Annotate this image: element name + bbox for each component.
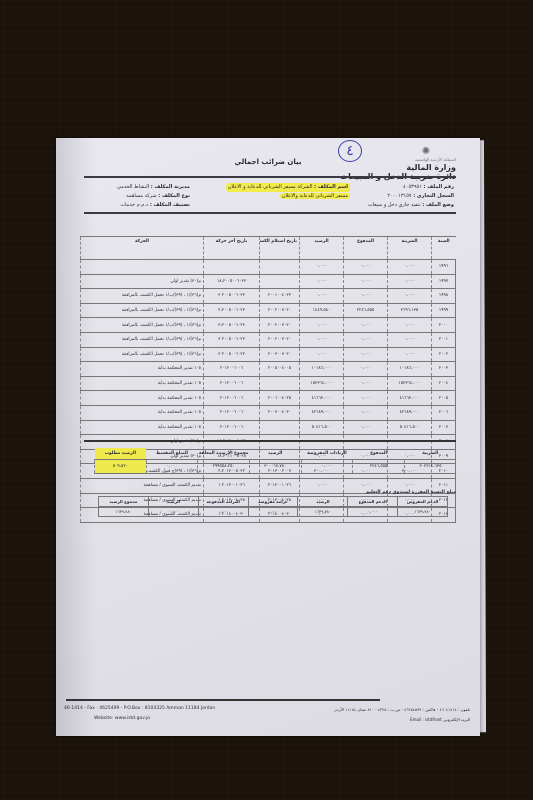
column-header: المدفوع — [344, 237, 388, 260]
table-row: ٢٠٠٥٤١٦٦٣،٠٠٠٠،٠٠٠٤١٦٦٣،٠٠٠٢٠٠٦٠٠٤٠٢٥٢٠١… — [81, 391, 456, 406]
fund-header: الدعم المدفوع — [348, 497, 398, 507]
paid-cell: ٠،٠٠٠ — [344, 318, 388, 333]
column-header: السنة — [432, 237, 456, 260]
balance-cell: ٠،٠٠٠ — [300, 347, 344, 362]
balance-cell: ٠،٠٠٠ — [300, 478, 344, 493]
last-movement-date-cell: ١٨،٢٠٠٥٠٠٦٠٢٣ — [204, 274, 260, 289]
tax-statement-page: ✺ المملكة الأردنية الهاشمية وزارة المالي… — [56, 138, 480, 736]
taxpayer-ids: رقم الملف : ٤٠٥٣٩٥١ السجل التجاري : ٢٠٠٠… — [368, 183, 454, 210]
info-divider — [84, 212, 456, 214]
footer-english: 46-1414 - Fax : 4625499 - P.O.Box : 8104… — [64, 704, 215, 724]
table-row: ٢٠٠٦٤٢٦٨٩،٠٠٠٠،٠٠٠٤٢٦٨٩،٠٠٠٢٠٠٧٠٠٤٠٣٠٢٠١… — [81, 405, 456, 420]
paid-cell: ٠،٠٠٠ — [344, 332, 388, 347]
header-divider — [84, 176, 456, 178]
last-movement-date-cell: ٢،٢٠٠٥٠٠٦٠٢٣ — [204, 303, 260, 318]
year-cell: ٢٠٠٧ — [432, 420, 456, 435]
last-movement-date-cell: ٢٠١٢٠٠١٠٢٦ ١ — [204, 478, 260, 493]
balance-cell: ٠،٠٠٠ — [300, 289, 344, 304]
year-cell: ٢٠٠٣ — [432, 362, 456, 377]
last-movement-date-cell: ٢٠٠٥٠٠٦٠٢٣ ٣ — [204, 332, 260, 347]
year-cell: ١٩٩٧ — [432, 274, 456, 289]
paid-cell: ٠،٠٠٠ — [344, 347, 388, 362]
received-date-cell — [260, 274, 300, 289]
movement-cell: ١٠٥ تقدير المحكمة بداية — [81, 405, 204, 420]
last-movement-date-cell: ٢٠١٢٠٠٦٠٠٦ — [204, 405, 260, 420]
tax-cell: ١٠١٨٦،٠٠٠ — [388, 362, 432, 377]
paid-cell: ٢٢٤٦،٥٥٥ — [344, 303, 388, 318]
movement-cell: ١٠٥ تقدير المحكمة بداية — [81, 362, 204, 377]
education-fund-title: مبلغ النسبة المقررة لصندوق دعم التعليم — [366, 490, 456, 495]
last-movement-date-cell: ٢٠١٢٠٠٦٠٠٦ — [204, 362, 260, 377]
file-type-label: نوع المكلف : — [158, 193, 190, 199]
commercial-reg-label: السجل التجاري : — [413, 193, 454, 199]
summary-header: المدفوع — [353, 448, 405, 460]
table-row: ١٩٩٦٠،٠٠٠٠،٠٠٠٠،٠٠٠ — [81, 260, 456, 275]
table-row: ٢٠٠٧٥٠٤١٦،٥٠٠٠،٠٠٠٥٠٤١٦،٥٠٠٢٠١٢٠٠٦٠٠٦١٠٥… — [81, 420, 456, 435]
movement-cell: م(٣٠) تقدير اولي — [81, 274, 204, 289]
balance-due-value: ٥٠٩،٥٣٠ — [95, 460, 147, 474]
table-row: ٢٠٠١٠،٠٠٠٠،٠٠٠٠،٠٠٠٢٠٠٢٠٠٧٠٢٠٢٠٠٥٠٠٦٠٢٣ … — [81, 332, 456, 347]
tax-cell: ٠،٠٠٠ — [388, 347, 432, 362]
taxpayer-name: الشركة مسفر الشرباتي للدعاية و الاعلان — [228, 184, 313, 190]
summary-value: ٢٩٩٥٥٨،٢٥٠ — [198, 460, 250, 474]
fund-header: الدعم المفروض — [398, 497, 448, 507]
tax-years-table: السنةالضريبةالمدفوعالرصيدتاريخ استلام ال… — [80, 236, 456, 523]
tax-cell: ٠،٠٠٠ — [388, 274, 432, 289]
column-header: الرصيد — [300, 237, 344, 260]
trade-name: مسفر الشرباتي للدعاية والاعلان — [280, 193, 350, 199]
movement-cell: م(٣٦)/١ ، (٣٩)/ب/١ تحمل الكشف بالمرافقة — [81, 332, 204, 347]
summary-value: ٢٢٤٦،٥٥٥ — [353, 460, 405, 474]
balance-cell: ٠،٠٠٠ — [300, 318, 344, 333]
column-header: تاريخ استلام الكشف — [260, 237, 300, 260]
tax-cell: ٣٦٩٦،١٣٥ — [388, 303, 432, 318]
tax-cell: ٥٠٤١٦،٥٠٠ — [388, 420, 432, 435]
file-status: تنفيذ جاري دخل و مبيعات — [368, 202, 421, 208]
paid-cell: ٠،٠٠٠ — [344, 274, 388, 289]
footer-arabic: تلفون : ٤٦٠٤١٤١٤ - فاكس : ٤٦٢٥٤٥٩٩ - ص.ب… — [334, 705, 470, 725]
table-row: ٢٠٠٠٠،٠٠٠٠،٠٠٠٠،٠٠٠٢٠٠٢٠٠٧٠٢٠٣،٢٠٠٥٠٠٦٠٢… — [81, 318, 456, 333]
tax-cell: ٠،٠٠٠ — [388, 260, 432, 275]
last-movement-date-cell: ٢٠١٢٠٠٦٠٠٦ — [204, 376, 260, 391]
column-header: الضريبة — [388, 237, 432, 260]
table-row: ١٩٩٨٠،٠٠٠٠،٠٠٠٠،٠٠٠٢٠٠١٠٠٤٠٢٣٢٠٠٥٠٠٦٠٢٣ … — [81, 289, 456, 304]
balance-cell: ٤٢٦٨٩،٠٠٠ — [300, 405, 344, 420]
fund-value: ٠،٠٠٠ — [148, 507, 198, 517]
tax-cell: ٠،٠٠٠ — [388, 318, 432, 333]
received-date-cell: ٢٠٠٢٠٠٧٠٢٠ — [260, 303, 300, 318]
tax-cell: ٠،٠٠٠ — [388, 332, 432, 347]
footer-website: Website: www.istd.gov.jo — [94, 714, 215, 724]
summary-header: الرصيد مطلوب — [95, 448, 147, 460]
directorate: النشاط الخدمي — [117, 184, 149, 190]
file-number: ٤٠٥٣٩٥١ — [403, 184, 422, 190]
summary-header: الضريبة — [404, 448, 456, 460]
year-cell: ٢٠٠٢ — [432, 347, 456, 362]
tax-cell: ٠،٠٠٠ — [388, 289, 432, 304]
file-number-label: رقم الملف : — [424, 184, 455, 190]
balance-cell: ٠،٠٠٠ — [300, 274, 344, 289]
received-date-cell: ٢٠٠٣٠٠٧٠٢٠ — [260, 347, 300, 362]
movement-cell: م(٣٦)/١ ، (٣٩)/ب/١ تحمل الكشف بالمرافقة — [81, 318, 204, 333]
movement-cell: م(٣٦)/١ ، (٣٩)/ب/١ تحمل الكشف بالمرافقة — [81, 303, 204, 318]
table-row: ١٩٩٩٣٦٩٦،١٣٥٢٢٤٦،٥٥٥١٤٤٩،٥٨٠٢٠٠٢٠٠٧٠٢٠٢،… — [81, 303, 456, 318]
summary-value: ٣٠٢٣١٤،٦٣٥ — [404, 460, 456, 474]
balance-cell: ١٤٤٩،٥٨٠ — [300, 303, 344, 318]
summary-header: المبلغ المقسط — [146, 448, 198, 460]
movement-cell: ١٠٥ تقدير المحكمة بداية — [81, 420, 204, 435]
received-date-cell — [260, 260, 300, 275]
fund-value: ١٦٣٩،٧٨٠ — [99, 507, 149, 517]
table-row: ١٩٩٧٠،٠٠٠٠،٠٠٠٠،٠٠٠١٨،٢٠٠٥٠٠٦٠٢٣م(٣٠) تق… — [81, 274, 456, 289]
file-status-label: وضع الملف : — [422, 202, 454, 208]
table-row: ٢٠٠٣١٠١٨٦،٠٠٠٠،٠٠٠١٠١٨٦،٠٠٠٢٠٠٥٠٠٤٠٠٥٢٠١… — [81, 362, 456, 377]
paid-cell: ٠،٠٠٠ — [344, 391, 388, 406]
fund-header: غرامة مفروضة — [248, 497, 298, 507]
summary-header: الرصيد — [249, 448, 301, 460]
fund-value: ٠،٠٠٠ — [198, 507, 248, 517]
received-date-cell: ٢٠٠٧٠٠٤٠٣٠ — [260, 405, 300, 420]
received-date-cell — [260, 376, 300, 391]
fund-value: ٠،٠٠٠ — [348, 507, 398, 517]
fund-value: ١٦٣٩،٧٨٠ — [298, 507, 348, 517]
fund-value: ٠،٠٠٠ — [248, 507, 298, 517]
summary-value: ٣٠٠٠٦٧،٧٨٠ — [249, 460, 301, 474]
fund-header: الغرامة المدفوعة — [198, 497, 248, 507]
last-movement-date-cell: ٢٠٠٥٠٠٦٠٢٣ ٣ — [204, 289, 260, 304]
received-date-cell: ٢٠٠٢٠٠٧٠٢٠ — [260, 332, 300, 347]
column-header: الحركة — [81, 237, 204, 260]
taxpayer-classification: مديرية المكلف : النشاط الخدمي نوع المكلف… — [117, 183, 190, 210]
footer-contact-ar: تلفون : ٤٦٠٤١٤١٤ - فاكس : ٤٦٢٥٤٥٩٩ - ص.ب… — [334, 705, 470, 715]
summary-value: ٠،٠٠٠ — [301, 460, 353, 474]
movement-cell: ١٠٥ تقدير المحكمة بداية — [81, 376, 204, 391]
fund-header: الرصيد — [148, 497, 198, 507]
year-cell: ٢٠٠٠ — [432, 318, 456, 333]
paid-cell: ٠،٠٠٠ — [344, 405, 388, 420]
classification: ذ.م.م خدمات — [120, 202, 148, 208]
last-movement-date-cell: ٢٠١٢٠٠٦٠٠٦ — [204, 391, 260, 406]
file-type: شركة مساهمة — [126, 193, 156, 199]
footer-divider — [66, 699, 380, 701]
footer-email: البريد الإلكتروني Email : istdfront — [334, 715, 470, 725]
last-movement-date-cell: ٢٠١٢٠٠٦٠٠٦ — [204, 420, 260, 435]
tax-cell: ٤١٦٦٣،٠٠٠ — [388, 391, 432, 406]
last-movement-date-cell: ٢٠٠٥٠٠٦٠٢٣ ٣ — [204, 347, 260, 362]
education-fund-table: الدعم المفروضالدعم المدفوعالرصيدغرامة مف… — [98, 496, 448, 517]
movement-cell — [81, 260, 204, 275]
classification-label: تصنيف المكلف : — [150, 202, 190, 208]
taxpayer-name-block: اسم المكلف : الشركة مسفر الشرباتي للدعاي… — [226, 183, 350, 201]
year-cell: ٢٠٠٤ — [432, 376, 456, 391]
balance-cell: ٥٠٤١٦،٥٠٠ — [300, 420, 344, 435]
fund-header: مجموع الرصيد — [99, 497, 149, 507]
received-date-cell: ٢٠٠٢٠٠٧٠٢٠ — [260, 318, 300, 333]
balance-cell: ٠،٠٠٠ — [300, 260, 344, 275]
received-date-cell: ٢٠١٢٠٠١٠٢٦ — [260, 478, 300, 493]
last-movement-date-cell — [204, 260, 260, 275]
received-date-cell: ٢٠٠٦٠٠٤٠٢٥ — [260, 391, 300, 406]
last-movement-date-cell: ٣،٢٠٠٥٠٠٦٠٢٣ — [204, 318, 260, 333]
table-row: ٢٠٠٢٠،٠٠٠٠،٠٠٠٠،٠٠٠٢٠٠٣٠٠٧٠٢٠٢٠٠٥٠٠٦٠٢٣ … — [81, 347, 456, 362]
year-cell: ٢٠٠١ — [432, 332, 456, 347]
table-row: ٢٠٠٤١٥٣٣٦٤،٠٠٠٠،٠٠٠١٥٣٣٦٤،٠٠٠٢٠١٢٠٠٦٠٠٦١… — [81, 376, 456, 391]
movement-cell: تقديم الكشف السنوي / مساهمة — [81, 478, 204, 493]
name-label: اسم المكلف : — [314, 184, 348, 190]
summary-table: الضريبةالمدفوعالزيادات المفروضةالرصيدمجم… — [94, 448, 456, 474]
paid-cell: ٠،٠٠٠ — [344, 420, 388, 435]
tax-cell: ٤٢٦٨٩،٠٠٠ — [388, 405, 432, 420]
summary-header: مجموع الارصدة المعلقة — [198, 448, 250, 460]
received-date-cell: ٢٠٠٥٠٠٤٠٠٥ — [260, 362, 300, 377]
directorate-label: مديرية المكلف : — [151, 184, 190, 190]
paid-cell: ٠،٠٠٠ — [344, 260, 388, 275]
commercial-reg: ٢٠٠٠١٣١٥٧ — [387, 193, 411, 199]
emblem-icon: ✺ — [396, 146, 456, 157]
page-title: بيان ضرائب اجمالي — [56, 158, 480, 166]
year-cell: ١٩٩٨ — [432, 289, 456, 304]
summary-header: الزيادات المفروضة — [301, 448, 353, 460]
fund-value: ١٦٣٩،٧٨٠ — [398, 507, 448, 517]
paid-cell: ٠،٠٠٠ — [344, 376, 388, 391]
table-bottom-rule — [84, 440, 456, 442]
summary-value: ٠،٠٠٠ — [146, 460, 198, 474]
received-date-cell: ٢٠٠١٠٠٤٠٢٣ — [260, 289, 300, 304]
year-cell: ١٩٩٩ — [432, 303, 456, 318]
footer-contact-en: 46-1414 - Fax : 4625499 - P.O.Box : 8104… — [64, 706, 215, 711]
fund-header: الرصيد — [298, 497, 348, 507]
received-date-cell — [260, 420, 300, 435]
column-header: تاريخ آخر حركة — [204, 237, 260, 260]
balance-cell: ١٥٣٣٦٤،٠٠٠ — [300, 376, 344, 391]
movement-cell: ١٠٥ تقدير المحكمة بداية — [81, 391, 204, 406]
movement-cell: م(٣٦)/١ ، (٣٩)/ب/١ تحمل الكشف بالمرافقة — [81, 347, 204, 362]
year-cell: ١٩٩٦ — [432, 260, 456, 275]
balance-cell: ١٠١٨٦،٠٠٠ — [300, 362, 344, 377]
movement-cell: م(٣٦)/١ ، (٣٩)/ب/١ تحمل الكشف بالمرافقة — [81, 289, 204, 304]
paid-cell: ٠،٠٠٠ — [344, 362, 388, 377]
year-cell: ٢٠٠٦ — [432, 405, 456, 420]
balance-cell: ٠،٠٠٠ — [300, 332, 344, 347]
balance-cell: ٤١٦٦٣،٠٠٠ — [300, 391, 344, 406]
paid-cell: ٠،٠٠٠ — [344, 289, 388, 304]
tax-cell: ١٥٣٣٦٤،٠٠٠ — [388, 376, 432, 391]
year-cell: ٢٠٠٥ — [432, 391, 456, 406]
